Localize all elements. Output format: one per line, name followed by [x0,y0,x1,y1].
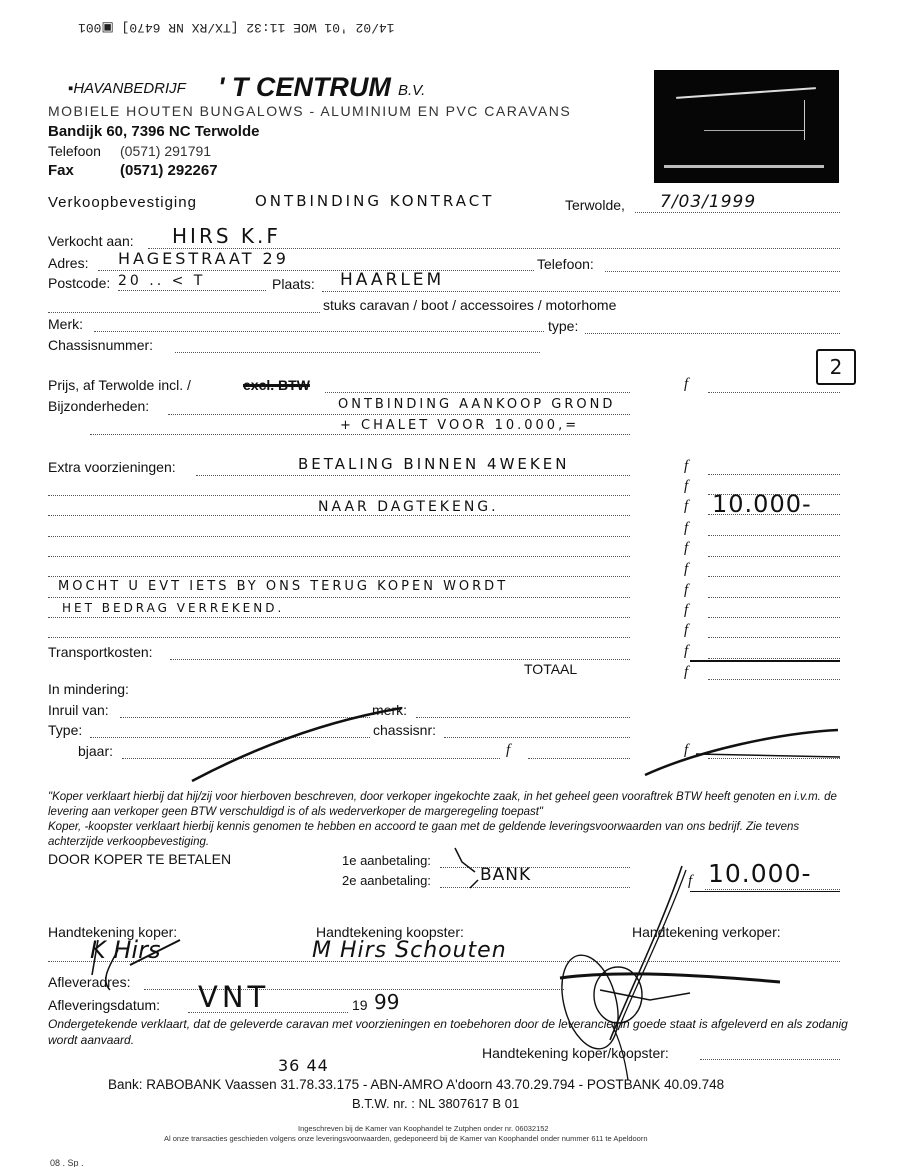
totaal-label: TOTAAL [524,661,577,677]
verkocht-aan-label: Verkocht aan: [48,233,134,249]
postcode-label: Postcode: [48,275,110,291]
currency-f: f [684,540,688,557]
chassisnr-label: chassisnr: [373,722,436,738]
handtekening-koper-koopster-label: Handtekening koper/koopster: [482,1045,669,1061]
place-label: Terwolde, [565,197,625,213]
delivery-clause: Ondergetekende verklaart, dat de gelever… [48,1016,858,1048]
currency-f: f [684,561,688,578]
currency-f: f [684,458,688,475]
currency-f: f [506,742,510,759]
postcode-value: 20 .. < T [118,273,205,289]
merk2-label: merk: [372,702,407,718]
bijzonderheden-line2: + CHALET VOOR 10.000,= [340,418,579,433]
door-koper-te-betalen: DOOR KOPER TE BETALEN [48,851,231,867]
company-fax-label: Fax [48,162,74,179]
extra-line2: NAAR DAGTEKENG. [318,499,499,515]
company-fax-value: (0571) 292267 [120,162,218,179]
bijzonderheden-label: Bijzonderheden: [48,398,149,414]
stuks-label: stuks caravan / boot / accessoires / mot… [323,297,616,313]
company-suffix: B.V. [398,82,425,99]
bouwjaar-label: bjaar: [78,743,113,759]
corner-mark: 08 . Sp . [50,1158,84,1167]
delivery-conditions-notice: Al onze transacties geschieden volgens o… [164,1134,648,1143]
afleveradres-label: Afleveradres: [48,974,130,990]
prijs-excl-struck: excl. BTW [243,377,310,393]
year-suffix: 99 [374,990,399,1014]
handwritten-note: 36 44 [278,1056,329,1075]
telefoon-label: Telefoon: [537,256,594,272]
currency-f: f [684,498,688,515]
currency-f: f [684,622,688,639]
company-phone-value: (0571) 291791 [120,143,211,159]
currency-f: f [684,664,688,681]
currency-f: f [684,742,688,759]
btw-number: B.T.W. nr. : NL 3807617 B 01 [352,1096,519,1111]
afleveringsdatum-value: VNT [198,980,269,1014]
company-tagline: MOBIELE HOUTEN BUNGALOWS - ALUMINIUM EN … [48,103,571,119]
chassisnummer-label: Chassisnummer: [48,337,153,353]
merk-label: Merk: [48,316,83,332]
extra-line4: HET BEDRAG VERREKEND. [62,601,284,615]
page-number-marker: 2 [816,349,856,385]
document-type-value: ONTBINDING KONTRACT [255,192,494,210]
currency-f: f [684,602,688,619]
adres-value: HAGESTRAAT 29 [118,249,289,268]
payment-total-rule [690,891,840,892]
adres-label: Adres: [48,255,88,271]
bank-details: Bank: RABOBANK Vaassen 31.78.33.175 - AB… [108,1077,724,1092]
type-label: type: [548,318,578,334]
koopster-signature: M Hirs Schouten [312,938,507,963]
caravan-photo [654,70,839,183]
plaats-value: HAARLEM [340,270,444,290]
bijzonderheden-line1: ONTBINDING AANKOOP GROND [338,397,615,412]
first-payment-label: 1e aanbetaling: [342,853,431,868]
in-mindering-label: In mindering: [48,681,129,697]
currency-f: f [688,873,692,890]
total-rule [690,660,840,662]
second-payment-value: BANK [480,865,531,885]
currency-f: f [684,520,688,537]
transportkosten-label: Transportkosten: [48,644,153,660]
kvk-registration: Ingeschreven bij de Kamer van Koophandel… [298,1124,549,1133]
afleveringsdatum-label: Afleveringsdatum: [48,997,160,1013]
currency-f: f [684,478,688,495]
conditions-clause: Koper, -koopster verklaart hierbij kenni… [48,820,848,850]
verkoopbevestiging-label: Verkoopbevestiging [48,194,197,211]
amount-value: 10.000- [712,490,812,518]
company-name: ' T CENTRUM [218,72,391,103]
company-address: Bandijk 60, 7396 NC Terwolde [48,123,259,140]
fax-transmission-header: 14/02 '01 WOE 11:32 [TX/RX NR 6470] ▣001 [78,20,395,35]
inruil-van-label: Inruil van: [48,702,109,718]
second-payment-label: 2e aanbetaling: [342,873,431,888]
currency-f: f [684,376,688,393]
currency-f: f [684,582,688,599]
company-prefix: ▪HAVANBEDRIJF [68,80,186,97]
koper-signature: K Hirs [90,936,160,964]
type2-label: Type: [48,722,82,738]
company-phone-label: Telefoon [48,143,101,159]
currency-f: f [684,643,688,660]
date-value: 7/03/1999 [660,192,756,212]
extra-voorzieningen-label: Extra voorzieningen: [48,459,176,475]
btw-clause: "Koper verklaart hierbij dat hij/zij voo… [48,790,848,820]
payment-total-value: 10.000- [708,859,812,888]
extra-line3: MOCHT U EVT IETS BY ONS TERUG KOPEN WORD… [58,579,508,594]
handtekening-verkoper-label: Handtekening verkoper: [632,924,781,940]
verkocht-aan-value: HIRS K.F [172,224,281,248]
plaats-label: Plaats: [272,276,315,292]
year-prefix: 19 [352,997,368,1013]
prijs-label: Prijs, af Terwolde incl. / [48,377,191,393]
extra-line1: BETALING BINNEN 4WEKEN [298,455,569,473]
